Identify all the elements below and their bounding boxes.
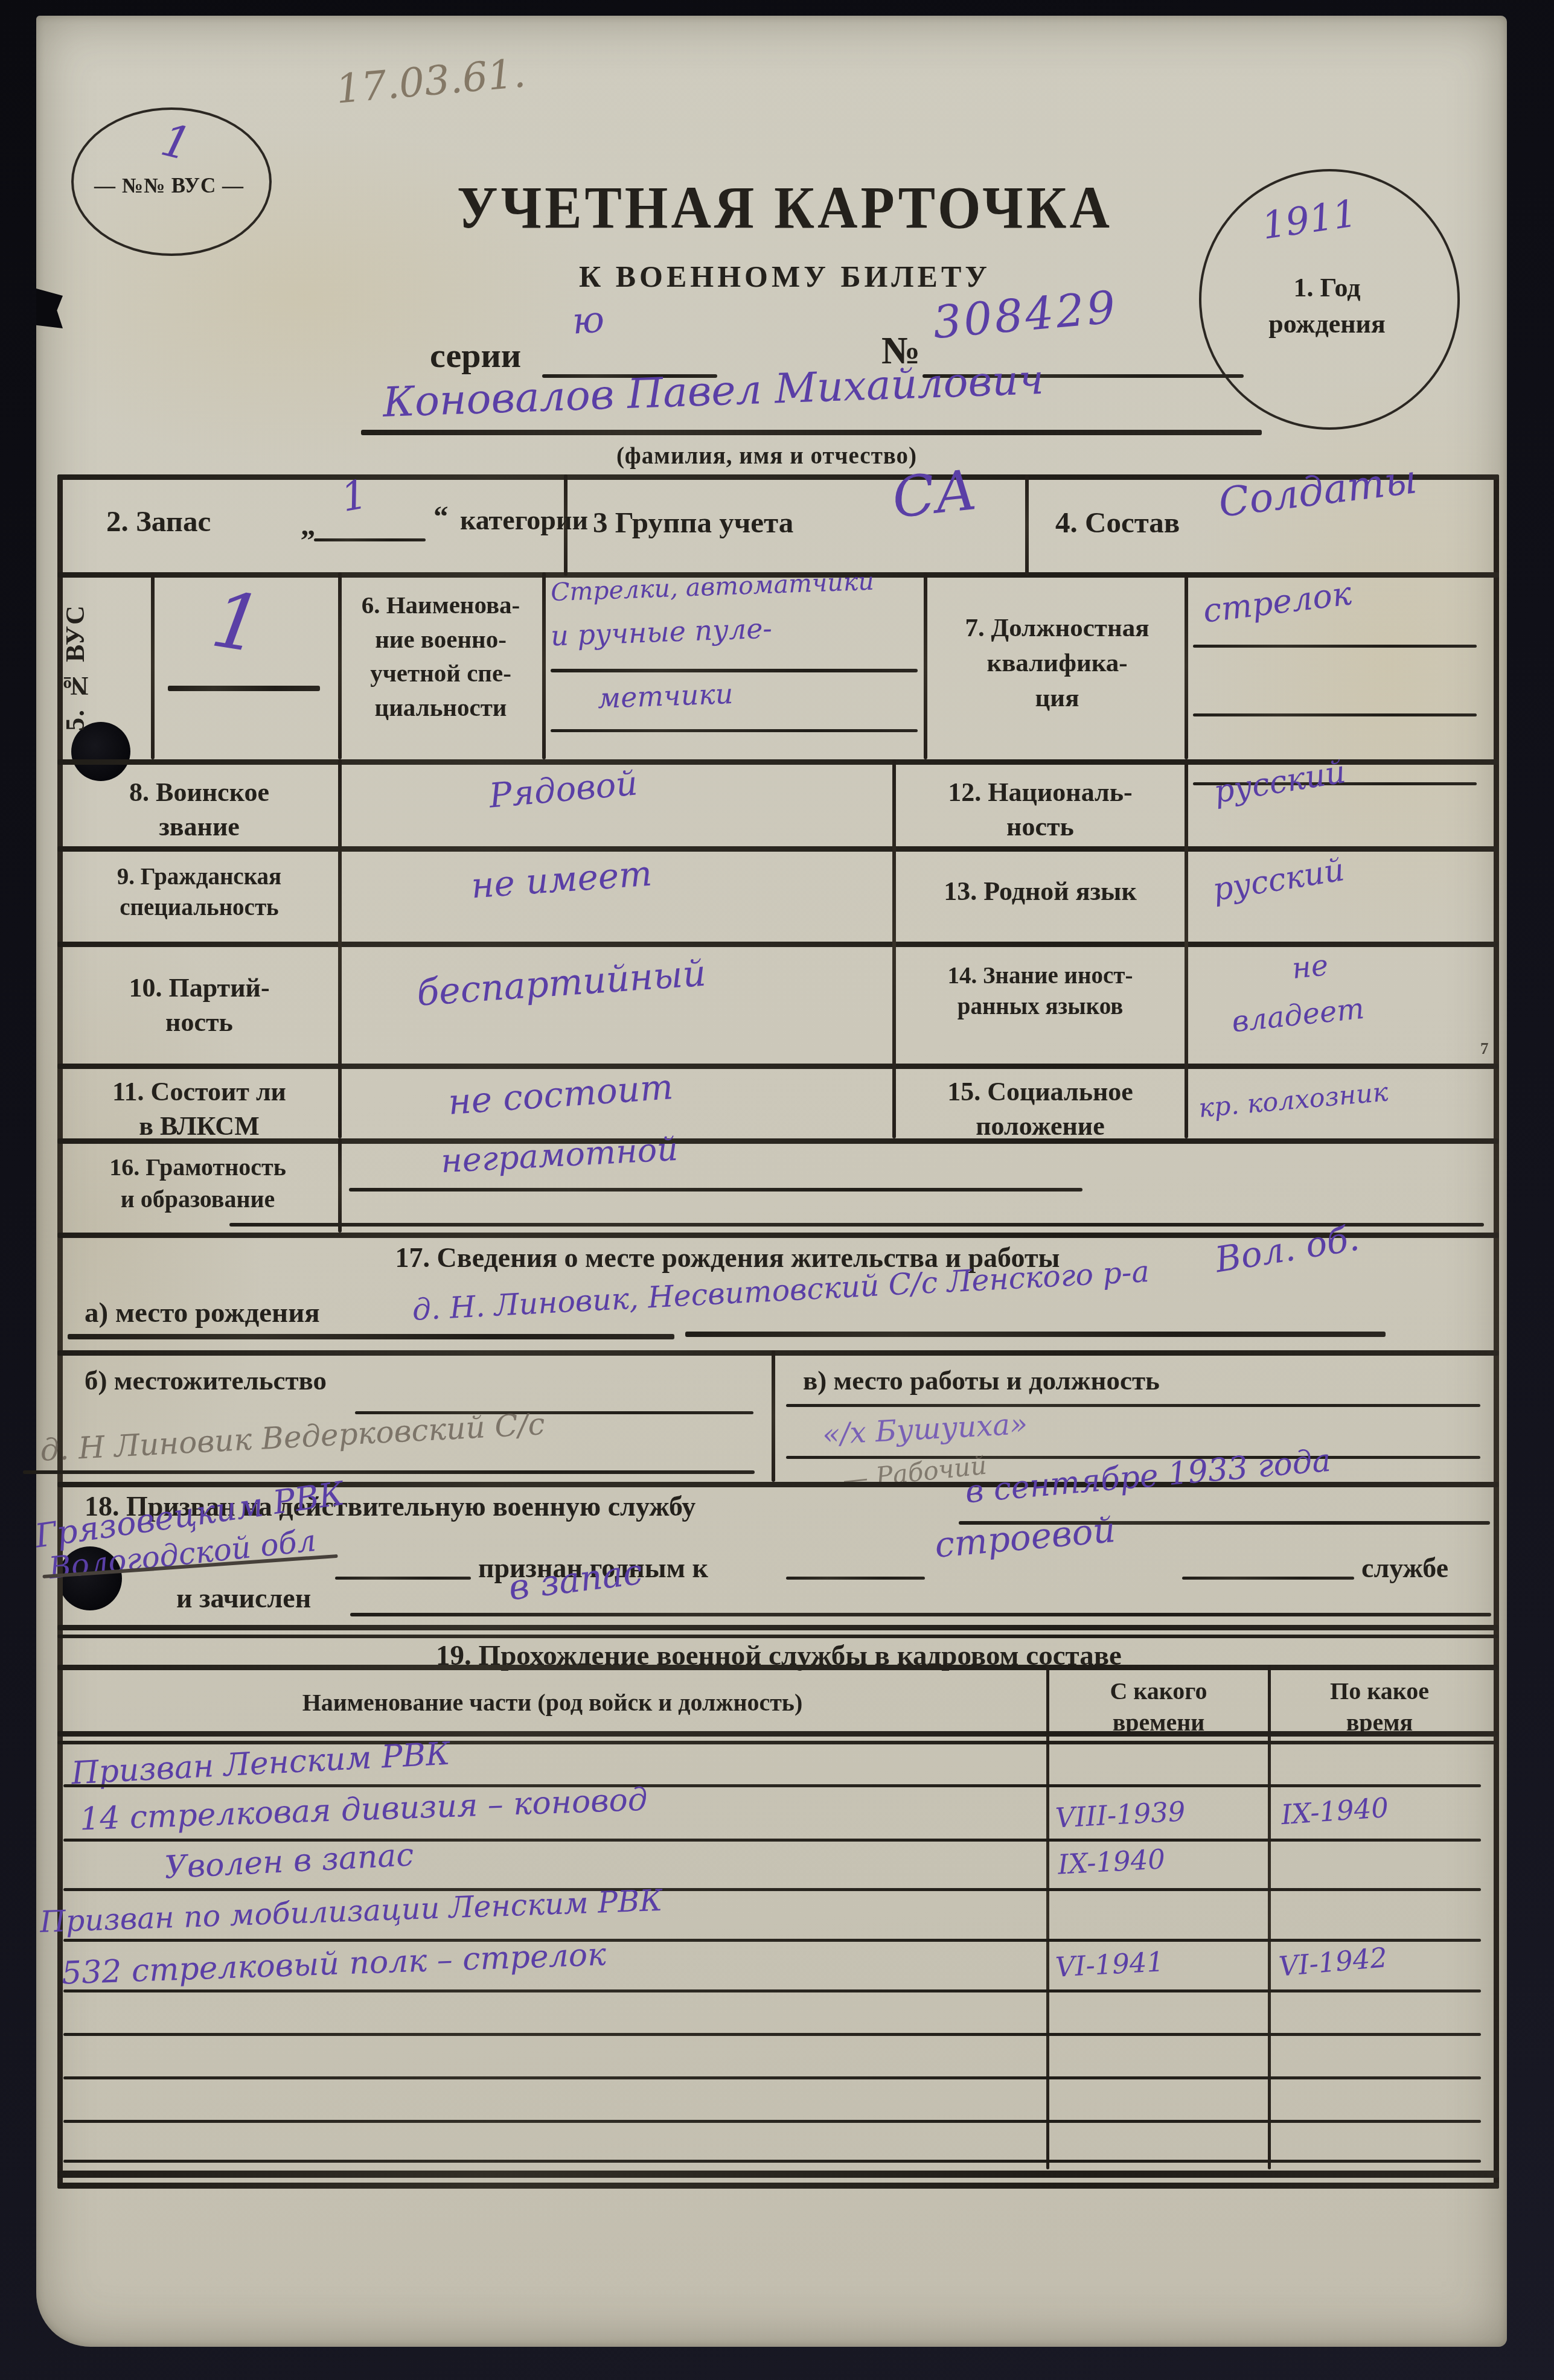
field13-label: 13. Родной язык [901,876,1180,907]
cell-divider [338,759,342,1138]
table-border-bottom [57,2183,1499,2189]
enlist-label: и зачислен [176,1583,311,1615]
field4-label: 4. Состав [1055,506,1180,540]
ruled-line [786,1404,1480,1407]
field14-label-1: 14. Знание иност- [901,961,1180,992]
ruled-line [63,1989,1481,1992]
row-divider [57,1064,1499,1069]
row-divider [57,1625,1499,1630]
field15-label-1: 15. Социальное [901,1074,1180,1109]
ruled-line [685,1332,1386,1337]
field8-label-1: 8. Воинское [63,775,335,809]
cell-divider [1025,474,1029,576]
birth-year-label-1: 1. Год [1217,273,1437,304]
field14-value-1: не [1290,949,1329,985]
field5-label: 5. № ВУС [60,579,151,756]
table-border-bottom [57,2171,1499,2178]
field11-label-2: в ВЛКСМ [63,1109,335,1143]
field2-label: 2. Запас [106,505,211,538]
cell-divider [338,1138,342,1233]
field5-underline [168,686,320,691]
table-row-from: VIII-1939 [1055,1796,1186,1833]
table-row-to: IX-1940 [1280,1793,1389,1830]
workplace-label: в) место работы и должность [803,1365,1160,1397]
birth-year-label-2: рождения [1217,309,1437,340]
ruled-line [63,2120,1481,2123]
fullname-underline [361,430,1262,435]
field2-underline [314,538,426,541]
field6-value-2: и ручные пуле- [550,613,773,651]
ruled-line [63,1888,1481,1891]
cell-divider [1185,759,1188,1138]
row-divider [57,846,1499,852]
cell-divider [924,572,927,759]
field9-label-2: специальность [63,893,335,924]
birthplace-label: а) место рождения [85,1297,320,1329]
row-divider [57,942,1499,947]
field7-label-2: квалифика- [933,646,1181,681]
field6-label-4: циальности [341,691,540,725]
field15-label-2: положение [901,1109,1180,1143]
field10-label-2: ность [63,1005,335,1039]
table19-border-top [57,1665,1499,1670]
table-row-from: IX-1940 [1057,1844,1166,1880]
field12-label-1: 12. Националь- [901,775,1180,809]
cell-divider [151,572,155,759]
ruled-line [1193,645,1477,648]
field3-label: 3 Группа учета [593,506,793,540]
field2-quote-close: “ [433,500,449,534]
residence-label: б) местожительство [85,1365,327,1397]
vus-stamp-label: — №№ ВУС — [78,174,260,198]
field9-label-1: 9. Гражданская [63,862,335,893]
field7-label-3: ция [933,681,1181,716]
ruled-line [551,729,918,732]
ruled-line [63,2033,1481,2036]
table19-col1-header: Наименование части (род войск и должност… [63,1689,1041,1717]
series-label: серии [430,336,521,376]
field6-value-3: метчики [597,678,734,713]
ruled-line [1193,713,1477,716]
ruled-line [350,1613,1491,1616]
cell-divider [1185,572,1188,759]
field6-label-2: ние военно- [341,622,540,657]
page-title: УЧЕТНАЯ КАРТОЧКА [423,174,1147,243]
field2-suffix: категории [460,505,588,537]
cell-divider [542,572,546,759]
ruled-line [349,1188,1082,1192]
cell-divider [892,759,896,1138]
ruled-line [551,669,918,672]
field10-label-1: 10. Партий- [63,971,335,1005]
table19-col2-header-1: С какого [1054,1676,1264,1707]
table-border-right [1494,474,1499,2189]
field3-value: СА [889,459,980,529]
row-divider [57,1635,1499,1638]
field6-label-3: учетной спе- [341,656,540,691]
cell-divider [772,1350,775,1482]
table-row-from: VI-1941 [1055,1947,1165,1982]
fullname-caption: (фамилия, имя и отчество) [465,443,1069,470]
row-divider [57,1350,1499,1356]
ruled-line [786,1577,925,1580]
series-value: ю [571,299,606,342]
ruled-line [335,1577,471,1580]
ruled-line [63,2076,1481,2079]
ruled-line [23,1470,755,1474]
fit-suffix: службе [1361,1552,1448,1584]
ruled-line [63,1839,1481,1842]
ruled-line [63,1784,1481,1787]
field14-label-2: ранных языков [901,992,1180,1023]
field16-label-2: и образование [60,1184,335,1216]
margin-mark: 7 [1480,1039,1489,1058]
ruled-line [63,2160,1481,2163]
table19-header-divider [57,1741,1499,1744]
ruled-line [63,1939,1481,1942]
field6-label-1: 6. Наименова- [341,588,540,622]
field16-label-1: 16. Грамотность [60,1152,335,1184]
ruled-line [229,1223,1484,1227]
ruled-line [68,1334,674,1339]
ruled-line [1182,1577,1354,1580]
field12-label-2: ность [901,809,1180,844]
field11-label-1: 11. Состоит ли [63,1074,335,1109]
field7-label-1: 7. Должностная [933,611,1181,646]
field8-label-2: звание [63,809,335,844]
table19-header-divider [57,1731,1499,1737]
field2-quote-open: „ [301,508,316,542]
table19-col3-header-1: По какое [1275,1676,1484,1707]
ruled-line [786,1456,1480,1459]
